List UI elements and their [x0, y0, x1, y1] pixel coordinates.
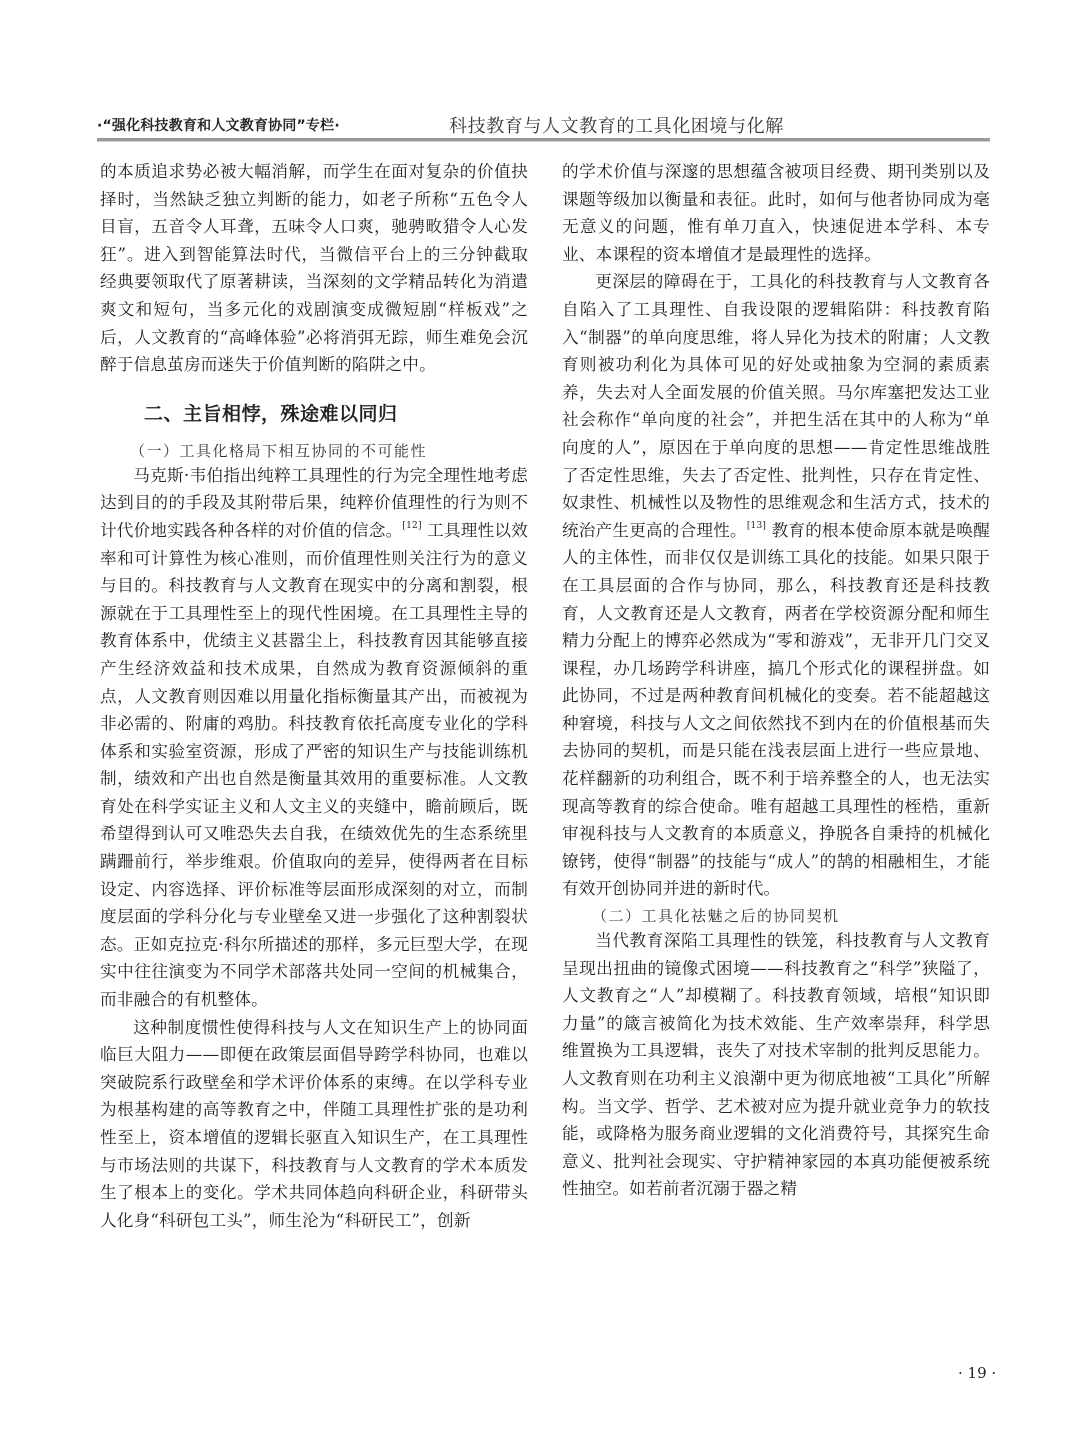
header-rule — [97, 138, 990, 142]
paragraph: 更深层的障碍在于，工具化的科技教育与人文教育各自陷入了工具理性、自我设限的逻辑陷… — [562, 268, 990, 903]
paragraph: 的本质追求势必被大幅消解，而学生在面对复杂的价值抉择时，当然缺乏独立判断的能力，… — [100, 158, 528, 379]
paragraph: 这种制度惯性使得科技与人文在知识生产上的协同面临巨大阻力——即便在政策层面倡导跨… — [100, 1014, 528, 1235]
page-header: ·“强化科技教育和人文教育协同”专栏· 科技教育与人文教育的工具化困境与化解 — [97, 112, 990, 138]
subsection-title: （二）工具化祛魅之后的协同契机 — [592, 905, 990, 926]
section-title: 二、主旨相悖，殊途难以同归 — [144, 399, 528, 426]
paragraph-text: 工具理性以效率和可计算性为核心准则，而价值理性则关注行为的意义与目的。科技教育与… — [100, 521, 528, 1009]
subsection-title: （一）工具化格局下相互协同的不可能性 — [130, 440, 528, 461]
citation-ref: [12] — [402, 521, 421, 531]
running-title: 科技教育与人文教育的工具化困境与化解 — [449, 112, 784, 138]
page-number: · 19 · — [958, 1364, 996, 1382]
citation-ref: [13] — [747, 521, 766, 531]
right-column: 的学术价值与深邃的思想蕴含被项目经费、期刊类别以及课题等级加以衡量和表征。此时，… — [562, 158, 990, 1203]
paragraph-text: 更深层的障碍在于，工具化的科技教育与人文教育各自陷入了工具理性、自我设限的逻辑陷… — [562, 272, 990, 539]
paragraph-text: 教育的根本使命原本就是唤醒人的主体性，而非仅仅是训练工具化的技能。如果只限于在工… — [562, 521, 990, 899]
paragraph: 马克斯·韦伯指出纯粹工具理性的行为完全理性地考虑达到目的的手段及其附带后果，纯粹… — [100, 462, 528, 1014]
column-tag: ·“强化科技教育和人文教育协同”专栏· — [97, 115, 340, 135]
paragraph: 当代教育深陷工具理性的铁笼，科技教育与人文教育呈现出扭曲的镜像式困境——科技教育… — [562, 927, 990, 1203]
left-column: 的本质追求势必被大幅消解，而学生在面对复杂的价值抉择时，当然缺乏独立判断的能力，… — [100, 158, 528, 1234]
paragraph: 的学术价值与深邃的思想蕴含被项目经费、期刊类别以及课题等级加以衡量和表征。此时，… — [562, 158, 990, 268]
